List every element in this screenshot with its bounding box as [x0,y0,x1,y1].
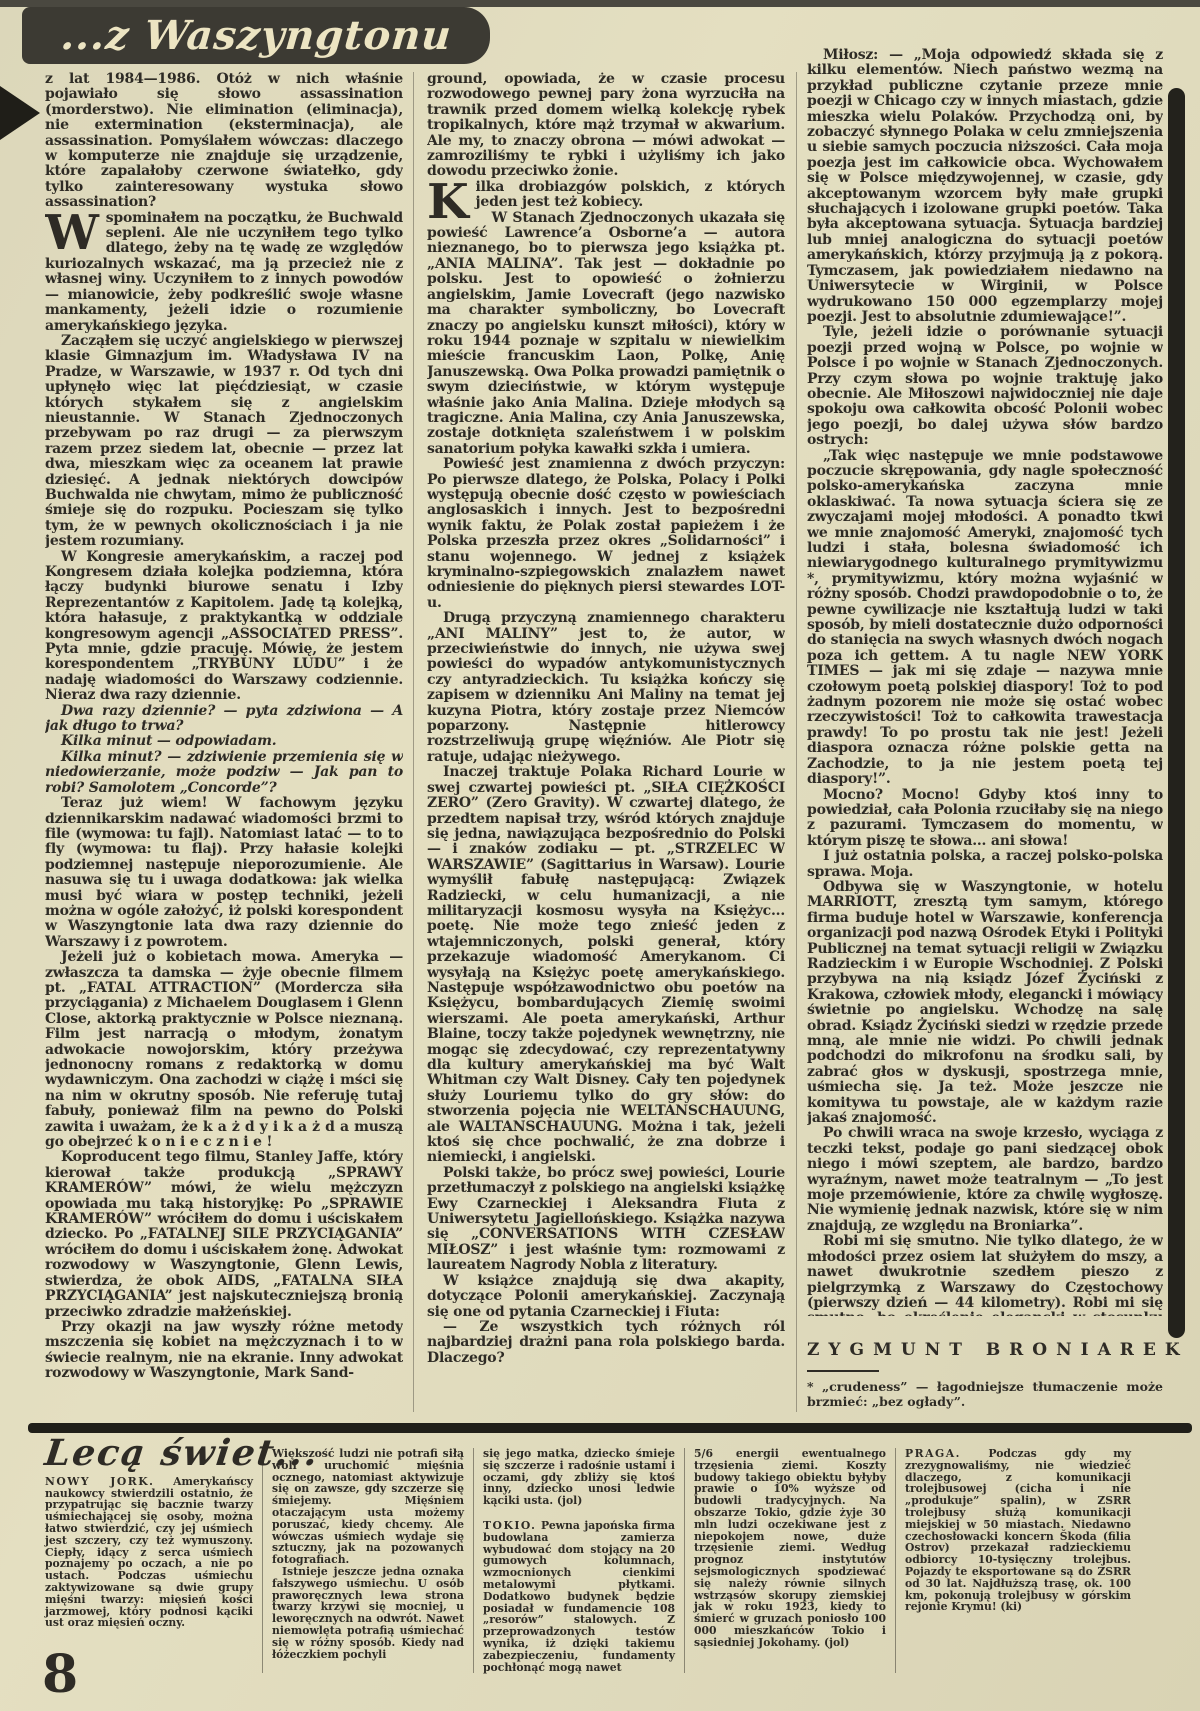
paragraph: z lat 1984—1986. Otóż w nich właśnie poj… [45,72,403,211]
briefs-column-2: Większość ludzi nie potrafi siłą woli ur… [262,1448,473,1673]
paragraph: W książce znajdują się dwa akapity, doty… [427,1274,785,1320]
article-column-3: Miłosz: — „Moja odpowiedź składa się z k… [807,48,1163,1316]
paragraph: Robi mi się smutno. Nie tylko dlatego, ż… [807,1234,1163,1316]
dialog-line: Dwa razy dziennie? — pyta zdziwiona — A … [45,704,403,735]
news-item: TOKIO. Pewna japońska firma budowlana za… [483,1520,675,1673]
paragraph: Zacząłem się uczyć angielskiego w pierws… [45,334,403,550]
news-item: NOWY JORK. Amerykańscy naukowcy stwierdz… [45,1476,253,1629]
column-divider [796,72,797,1412]
briefs-column-1: Lecą świet... NOWY JORK. Amerykańscy nau… [45,1448,262,1673]
masthead-title: ...z Waszyngtonu [59,12,454,59]
paragraph: ground, opowiada, że w czasie procesu ro… [427,72,785,180]
paragraph-dropcap: Wspominałem na początku, że Buchwald sep… [45,211,403,334]
paragraph: I już ostatnia polska, a raczej polsko-p… [807,849,1163,880]
paragraph: W Kongresie amerykańskim, a raczej pod K… [45,550,403,704]
paragraph: Przy okazji na jaw wyszły różne metody m… [45,1320,403,1382]
news-text: Pewna japońska firma budowlana zamierza … [483,1519,675,1674]
paragraph: Odbywa się w Waszyngtonie, w hotelu MARR… [807,880,1163,1127]
paragraph: Mocno? Mocno! Gdyby ktoś inny to powiedz… [807,788,1163,850]
paragraph-dropcap: Kilka drobiazgów polskich, z których jed… [427,180,785,211]
briefs-column-5: PRAGA. Podczas gdy my zrezygnowaliśmy, n… [895,1448,1140,1673]
briefs-title: Lecą świet... [44,1448,253,1460]
article-column-1: z lat 1984—1986. Otóż w nich właśnie poj… [45,72,403,1418]
paragraph: — Ze wszystkich tych różnych ról najbard… [427,1320,785,1366]
paragraph: Miłosz: — „Moja odpowiedź składa się z k… [807,48,1163,325]
article-column-2: ground, opowiada, że w czasie procesu ro… [427,72,785,1418]
paragraph: Koproducent tego filmu, Stanley Jaffe, k… [45,1150,403,1319]
drop-cap: W [45,211,106,252]
masthead-band: ...z Waszyngtonu [22,7,490,64]
paragraph: W Stanach Zjednoczonych ukazała się powi… [427,211,785,458]
footnote-rule [807,1370,879,1372]
paragraph-text: ilka drobiazgów polskich, z których jede… [476,179,785,210]
dialog-line: Kilka minut? — zdziwienie przemienia się… [45,750,403,796]
page-number: 8 [42,1644,78,1705]
byline: ZYGMUNT BRONIAREK [807,1340,1167,1360]
paragraph: Inaczej traktuje Polaka Richard Lourie w… [427,765,785,1166]
newspaper-page: ...z Waszyngtonu z lat 1984—1986. Otóż w… [0,0,1200,1711]
dialog-line: Kilka minut — odpowiadam. [45,734,403,749]
news-item: 5/6 energii ewentualnego trzęsienia ziem… [694,1448,886,1649]
paragraph: Po chwili wraca na swoje krzesło, wyciąg… [807,1126,1163,1234]
paragraph: Drugą przyczyną znamiennego charakteru „… [427,611,785,765]
briefs-section: Lecą świet... NOWY JORK. Amerykańscy nau… [45,1448,1167,1673]
news-item: się jego matka, dziecko śmieje się szcze… [483,1448,675,1507]
news-text: Podczas gdy my zrezygnowaliśmy, nie wied… [905,1447,1131,1613]
briefs-column-4: 5/6 energii ewentualnego trzęsienia ziem… [684,1448,895,1673]
right-edge-rule [1168,88,1185,1338]
paragraph: Tyle, jeżeli idzie o porównanie sytuacji… [807,325,1163,448]
arrow-right-icon [0,86,40,140]
news-text: Amerykańscy naukowcy stwierdzili ostatni… [45,1475,253,1630]
paragraph: Polski także, bo prócz swej powieści, Lo… [427,1166,785,1274]
paragraph: Jeżeli już o kobietach mowa. Ameryka — z… [45,950,403,1150]
paragraph: „Tak więc następuje we mnie podstawowe p… [807,449,1163,788]
news-item: Istnieje jeszcze jedna oznaka fałszywego… [272,1566,464,1660]
news-item: PRAGA. Podczas gdy my zrezygnowaliśmy, n… [905,1448,1131,1613]
paragraph: Powieść jest znamienna z dwóch przyczyn:… [427,457,785,611]
column-divider [413,72,414,1412]
drop-cap: K [427,180,476,221]
footnote: * „crudeness” — łagodniejsze tłumaczenie… [807,1379,1163,1409]
paragraph: Teraz już wiem! W fachowym języku dzienn… [45,796,403,950]
briefs-column-3: się jego matka, dziecko śmieje się szcze… [473,1448,684,1673]
scan-top-edge [0,0,1200,7]
